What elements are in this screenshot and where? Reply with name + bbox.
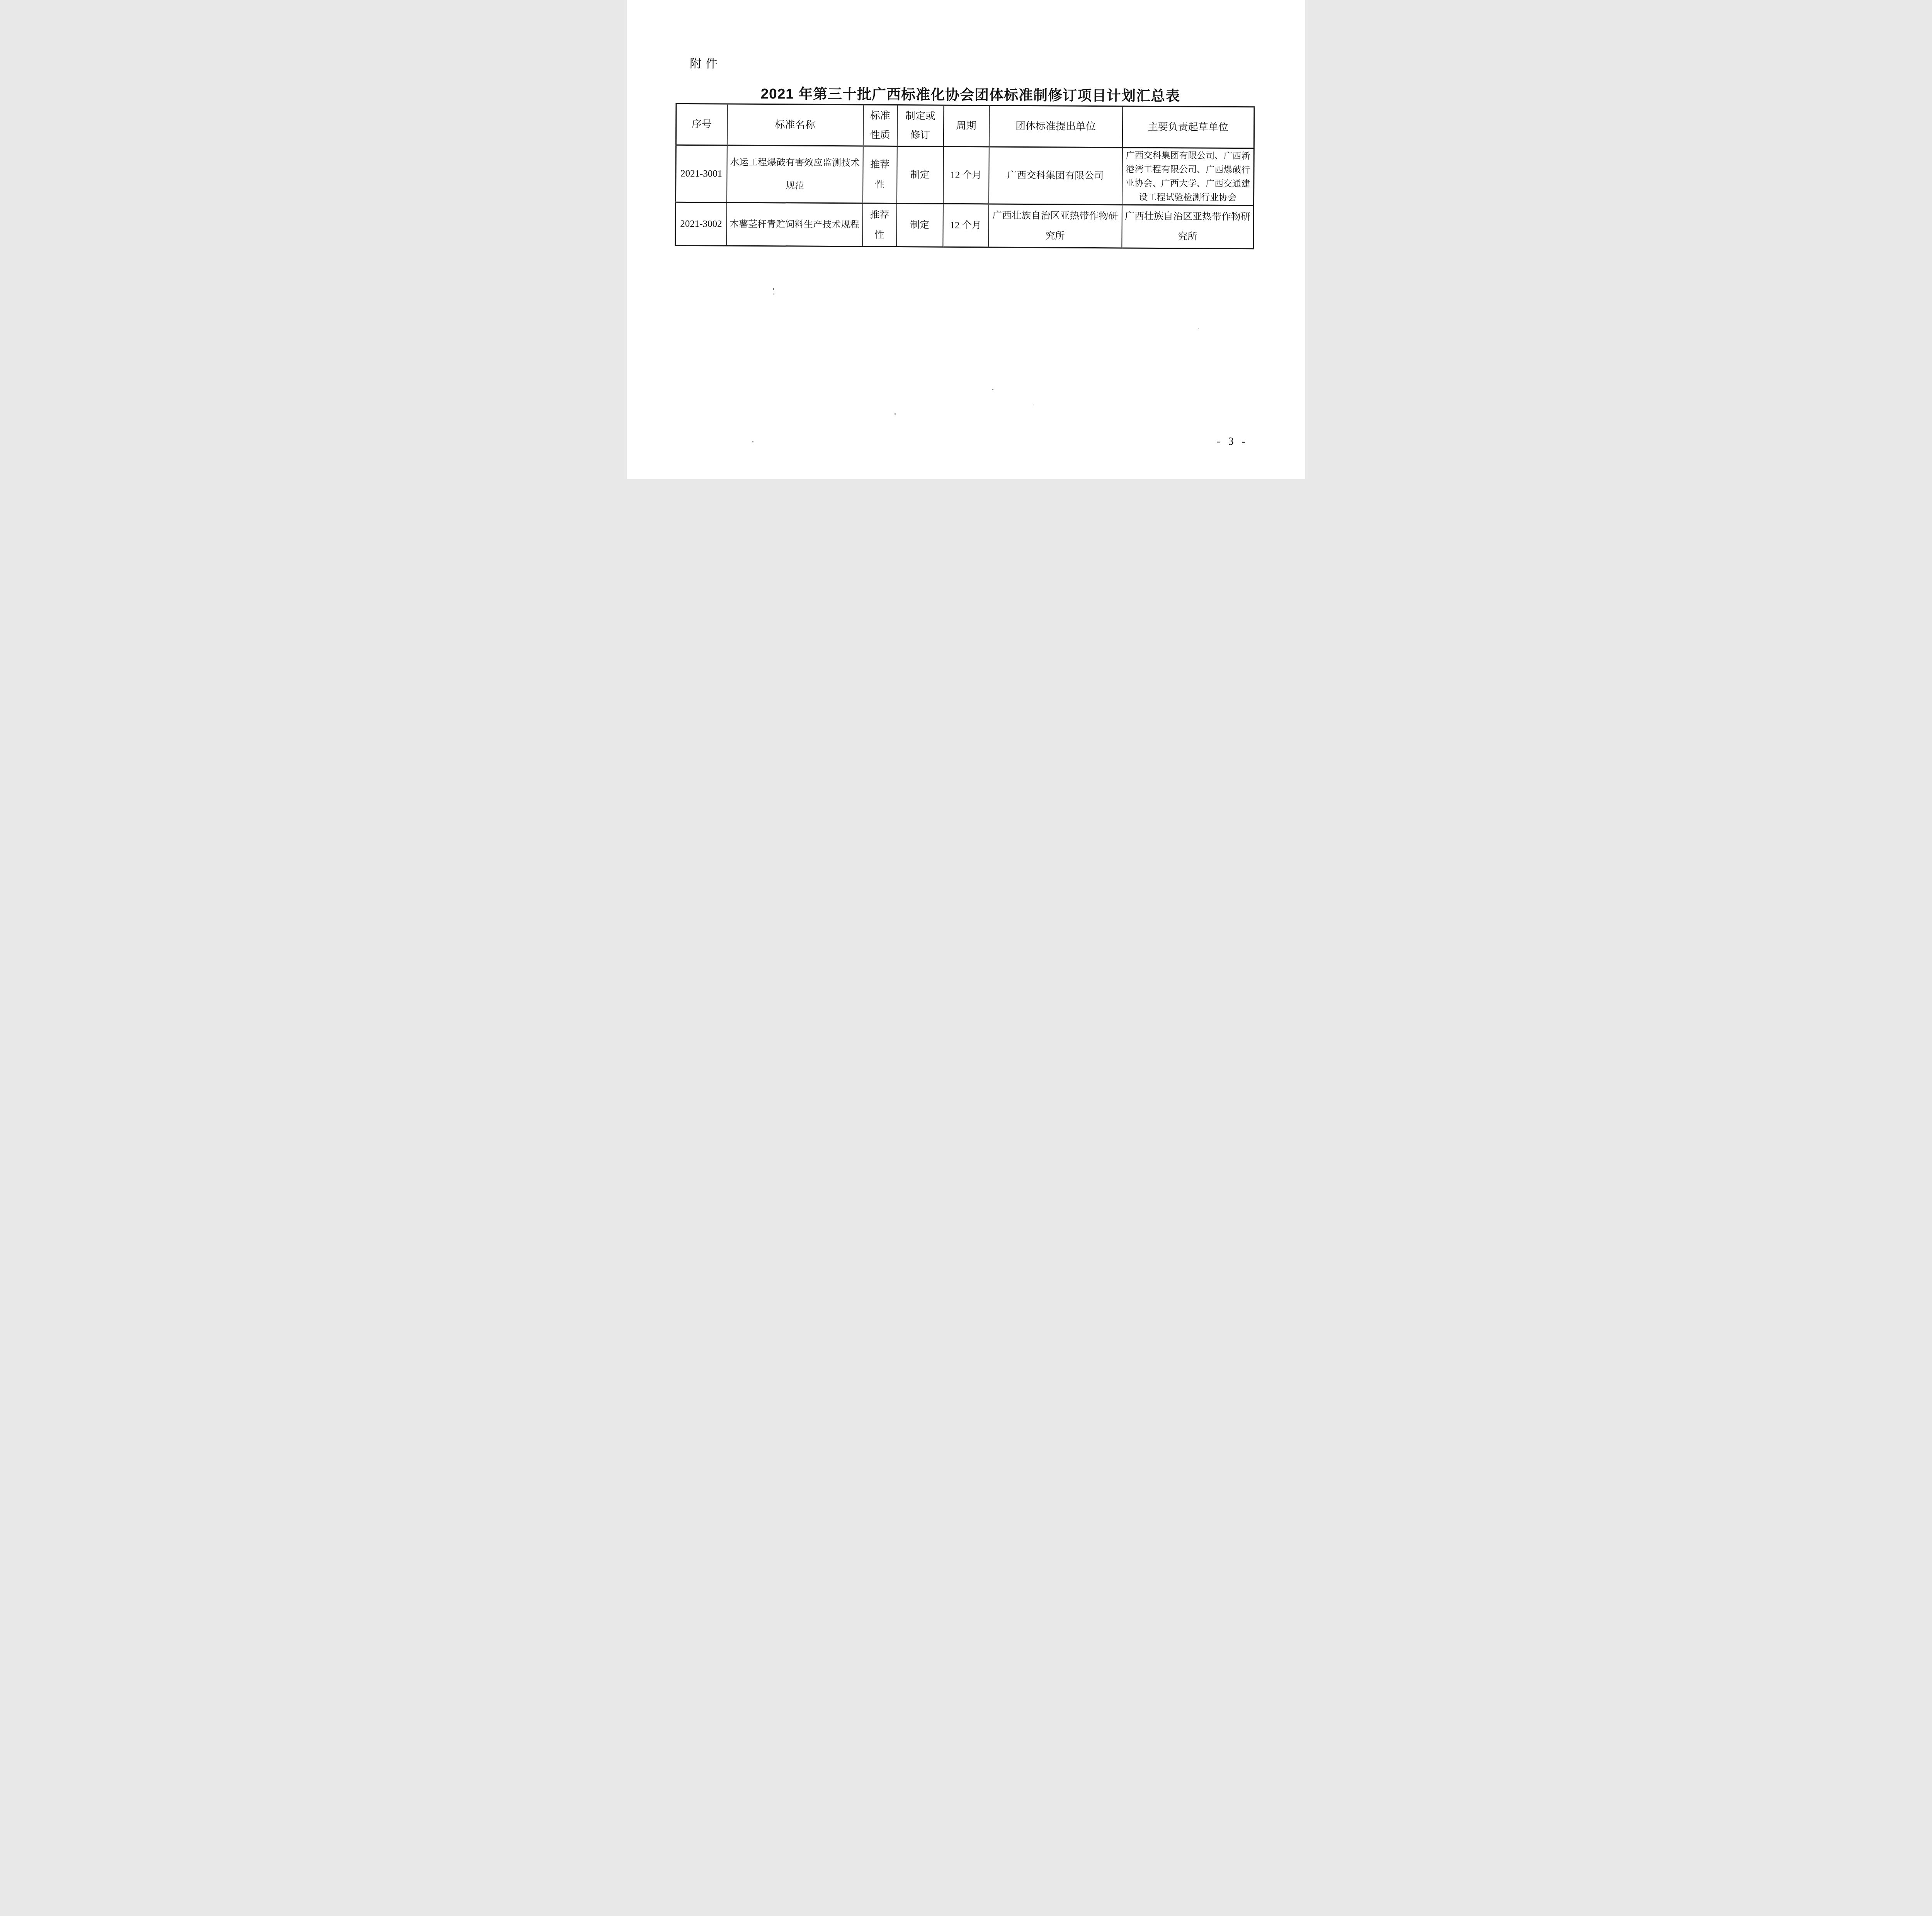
page-title: 2021 年第三十批广西标准化协会团体标准制修订项目计划汇总表 <box>760 82 1180 105</box>
table-row: 2021-3001 水运工程爆破有害效应监测技术规范 推荐性 制定 12 个月 … <box>675 145 1254 206</box>
scan-speck <box>752 441 753 442</box>
attachment-label: 附件 <box>690 54 721 71</box>
standards-plan-table: 序号 标准名称 标准性质 制定或修订 周期 团体标准提出单位 主要负责起草单位 … <box>675 103 1255 250</box>
table-row: 2021-3002 木薯茎秆青贮饲料生产技术规程 推荐性 制定 12 个月 广西… <box>675 202 1254 249</box>
cell-drafter: 广西壮族自治区亚热带作物研究所 <box>1122 205 1254 249</box>
header-row: 序号 标准名称 标准性质 制定或修订 周期 团体标准提出单位 主要负责起草单位 <box>676 104 1254 148</box>
scan-speck <box>992 389 993 390</box>
column-header-type: 制定或修订 <box>897 105 944 147</box>
cell-proposer: 广西壮族自治区亚热带作物研究所 <box>988 204 1122 248</box>
cell-type: 制定 <box>896 204 943 247</box>
cell-name: 水运工程爆破有害效应监测技术规范 <box>726 145 863 203</box>
column-header-drafter: 主要负责起草单位 <box>1122 106 1254 148</box>
cell-period: 12 个月 <box>943 204 989 247</box>
column-header-nature: 标准性质 <box>863 105 897 146</box>
cell-serial: 2021-3001 <box>675 145 727 202</box>
scan-speck <box>1198 328 1199 329</box>
cell-name: 木薯茎秆青贮饲料生产技术规程 <box>726 202 863 247</box>
column-header-period: 周期 <box>943 105 989 147</box>
cell-drafter: 广西交科集团有限公司、广西新港湾工程有限公司、广西爆破行业协会、广西大学、广西交… <box>1122 148 1254 206</box>
cell-proposer: 广西交科集团有限公司 <box>988 147 1122 205</box>
cell-serial: 2021-3002 <box>675 202 727 246</box>
page-number: - 3 - <box>1216 435 1248 448</box>
column-header-proposer: 团体标准提出单位 <box>989 105 1122 148</box>
scan-speck <box>773 288 774 290</box>
cell-type: 制定 <box>896 146 943 204</box>
scan-speck <box>1033 405 1034 405</box>
table-header-row: 序号 标准名称 标准性质 制定或修订 周期 团体标准提出单位 主要负责起草单位 <box>676 104 1254 148</box>
cell-period: 12 个月 <box>943 146 989 204</box>
column-header-serial: 序号 <box>676 104 727 145</box>
column-header-name: 标准名称 <box>727 104 863 146</box>
scan-speck <box>774 293 774 295</box>
scanned-content-layer: 附件 2021 年第三十批广西标准化协会团体标准制修订项目计划汇总表 序号 标准… <box>627 0 1305 479</box>
document-page: 附件 2021 年第三十批广西标准化协会团体标准制修订项目计划汇总表 序号 标准… <box>627 0 1305 479</box>
scan-speck <box>895 413 896 415</box>
cell-nature: 推荐性 <box>862 146 897 204</box>
cell-nature: 推荐性 <box>862 203 897 247</box>
